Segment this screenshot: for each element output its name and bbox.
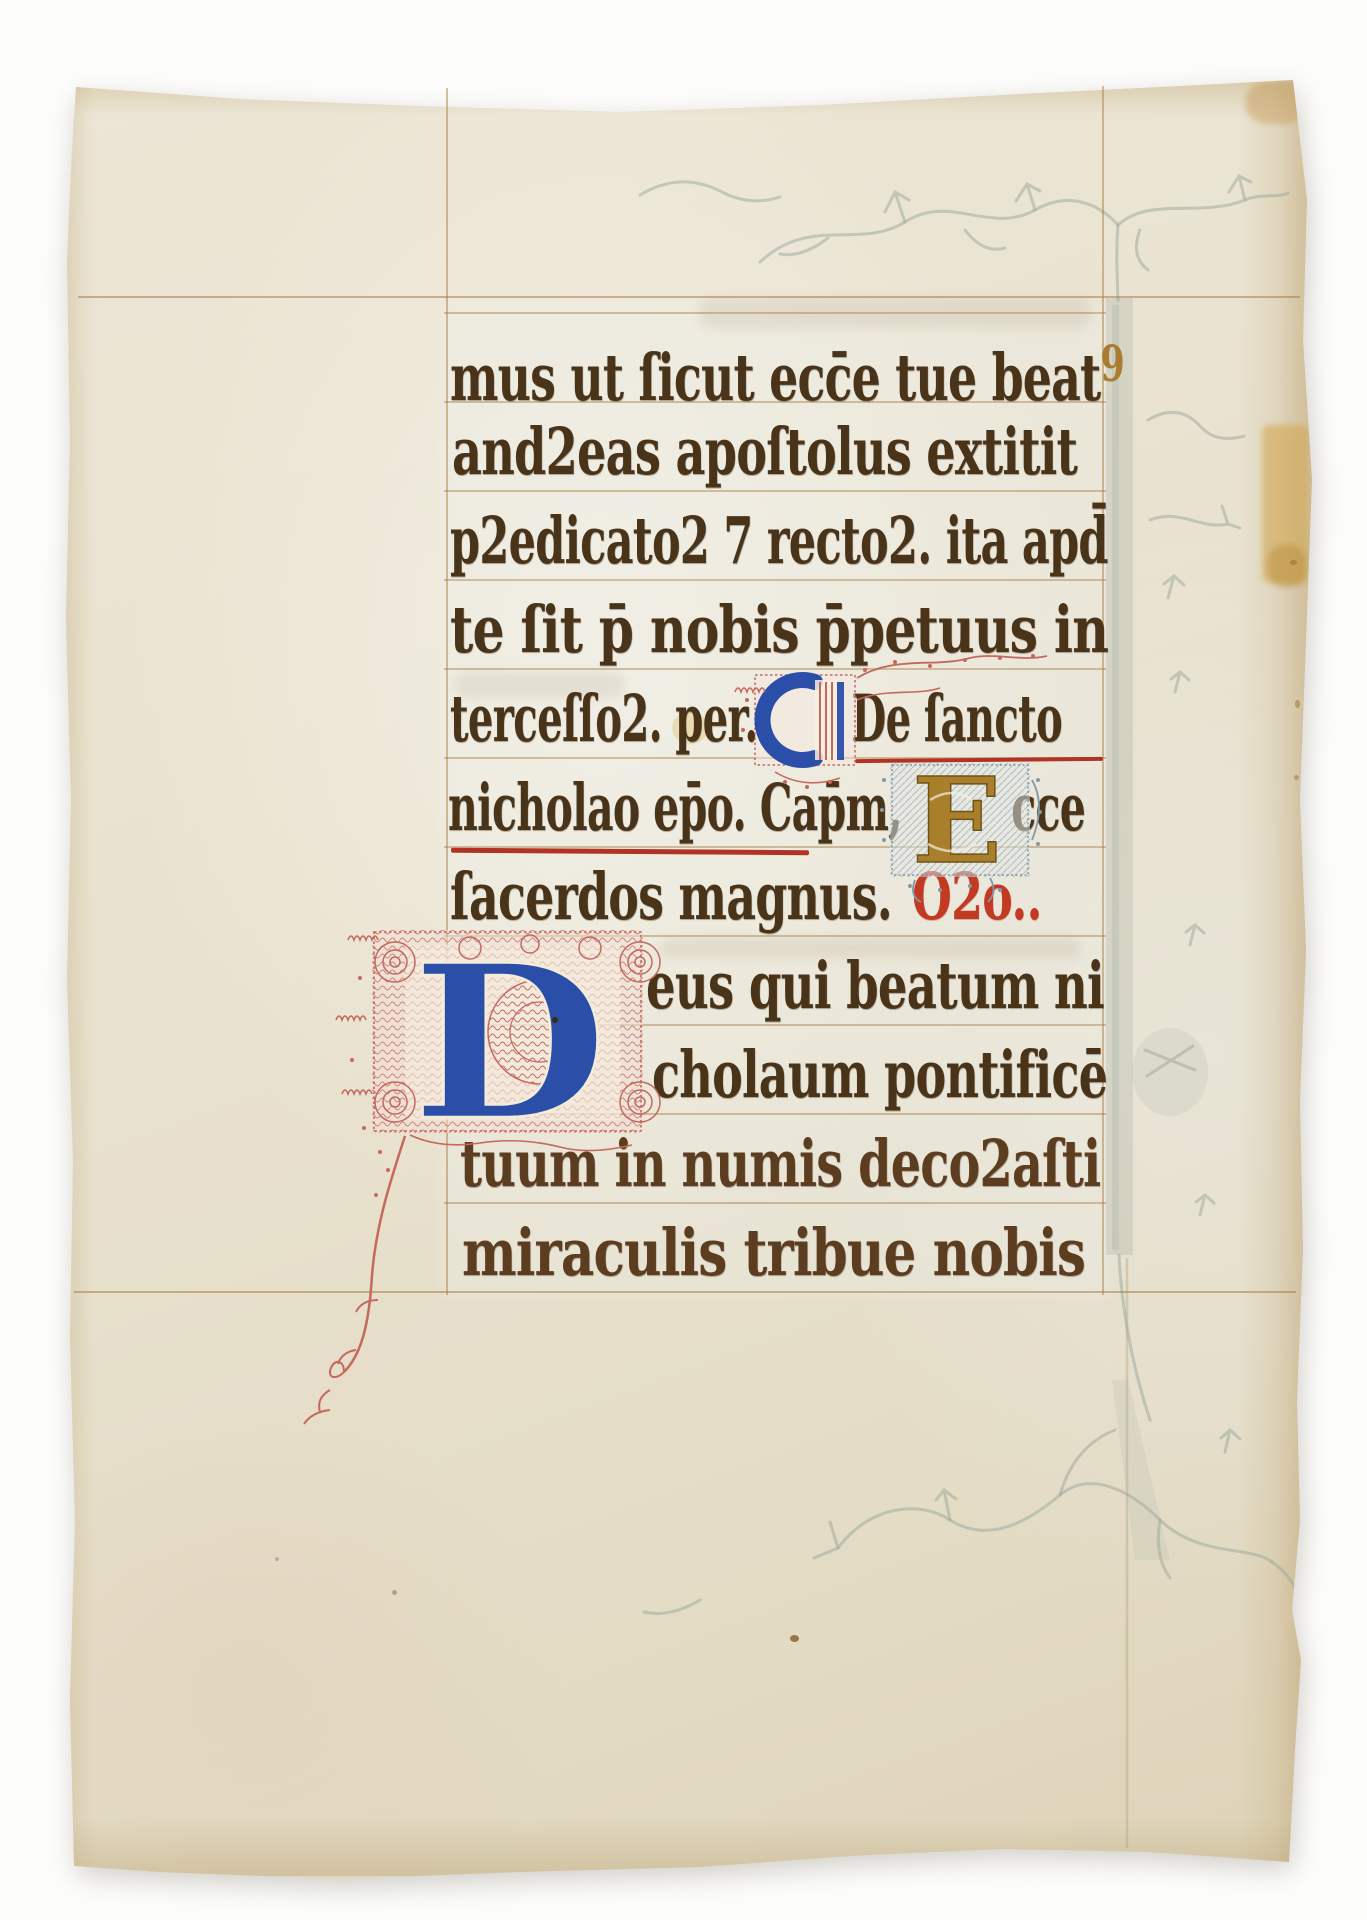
rust-fleck — [1294, 775, 1299, 780]
line-text: p2edicato2 7 recto2. ita apd̄ — [450, 504, 1108, 579]
text-line-1: mus ut ſicut ecc̄e tue beat9 — [450, 322, 1125, 420]
ruling-top-full — [78, 296, 1300, 298]
gold-initial-e: E — [870, 740, 1100, 910]
text-line-2: and2eas apoſtolus extitit — [452, 411, 1077, 494]
speck — [790, 1635, 799, 1642]
rust-fleck — [1290, 560, 1297, 565]
line-text: mus ut ſicut ecc̄e tue beat — [450, 341, 1100, 416]
speck — [392, 1590, 397, 1595]
initial-letter-e: E — [912, 751, 1002, 890]
rust-fleck — [1295, 700, 1300, 708]
line-text: and2eas apoſtolus extitit — [452, 415, 1077, 490]
line-text: eus qui beatum ni — [646, 949, 1104, 1024]
speck — [275, 1557, 279, 1561]
photograph-of-manuscript-leaf: { "palette": { "background": "#fdfdfc", … — [0, 0, 1367, 1920]
initial-letter-d: D — [412, 918, 607, 1167]
line-text: terceſſo2. per. — [450, 682, 758, 757]
us-abbreviation-flourish: 9 — [1100, 335, 1124, 393]
text-line-8: eus qui beatum ni — [646, 945, 1104, 1028]
illuminated-initial-d: D — [290, 920, 690, 1480]
text-line-3: p2edicato2 7 recto2. ita apd̄ — [450, 500, 1108, 583]
line-text: cholaum pontificē — [652, 1038, 1107, 1113]
text-line-9: cholaum pontificē — [652, 1034, 1107, 1117]
ruling-line — [444, 312, 1106, 314]
